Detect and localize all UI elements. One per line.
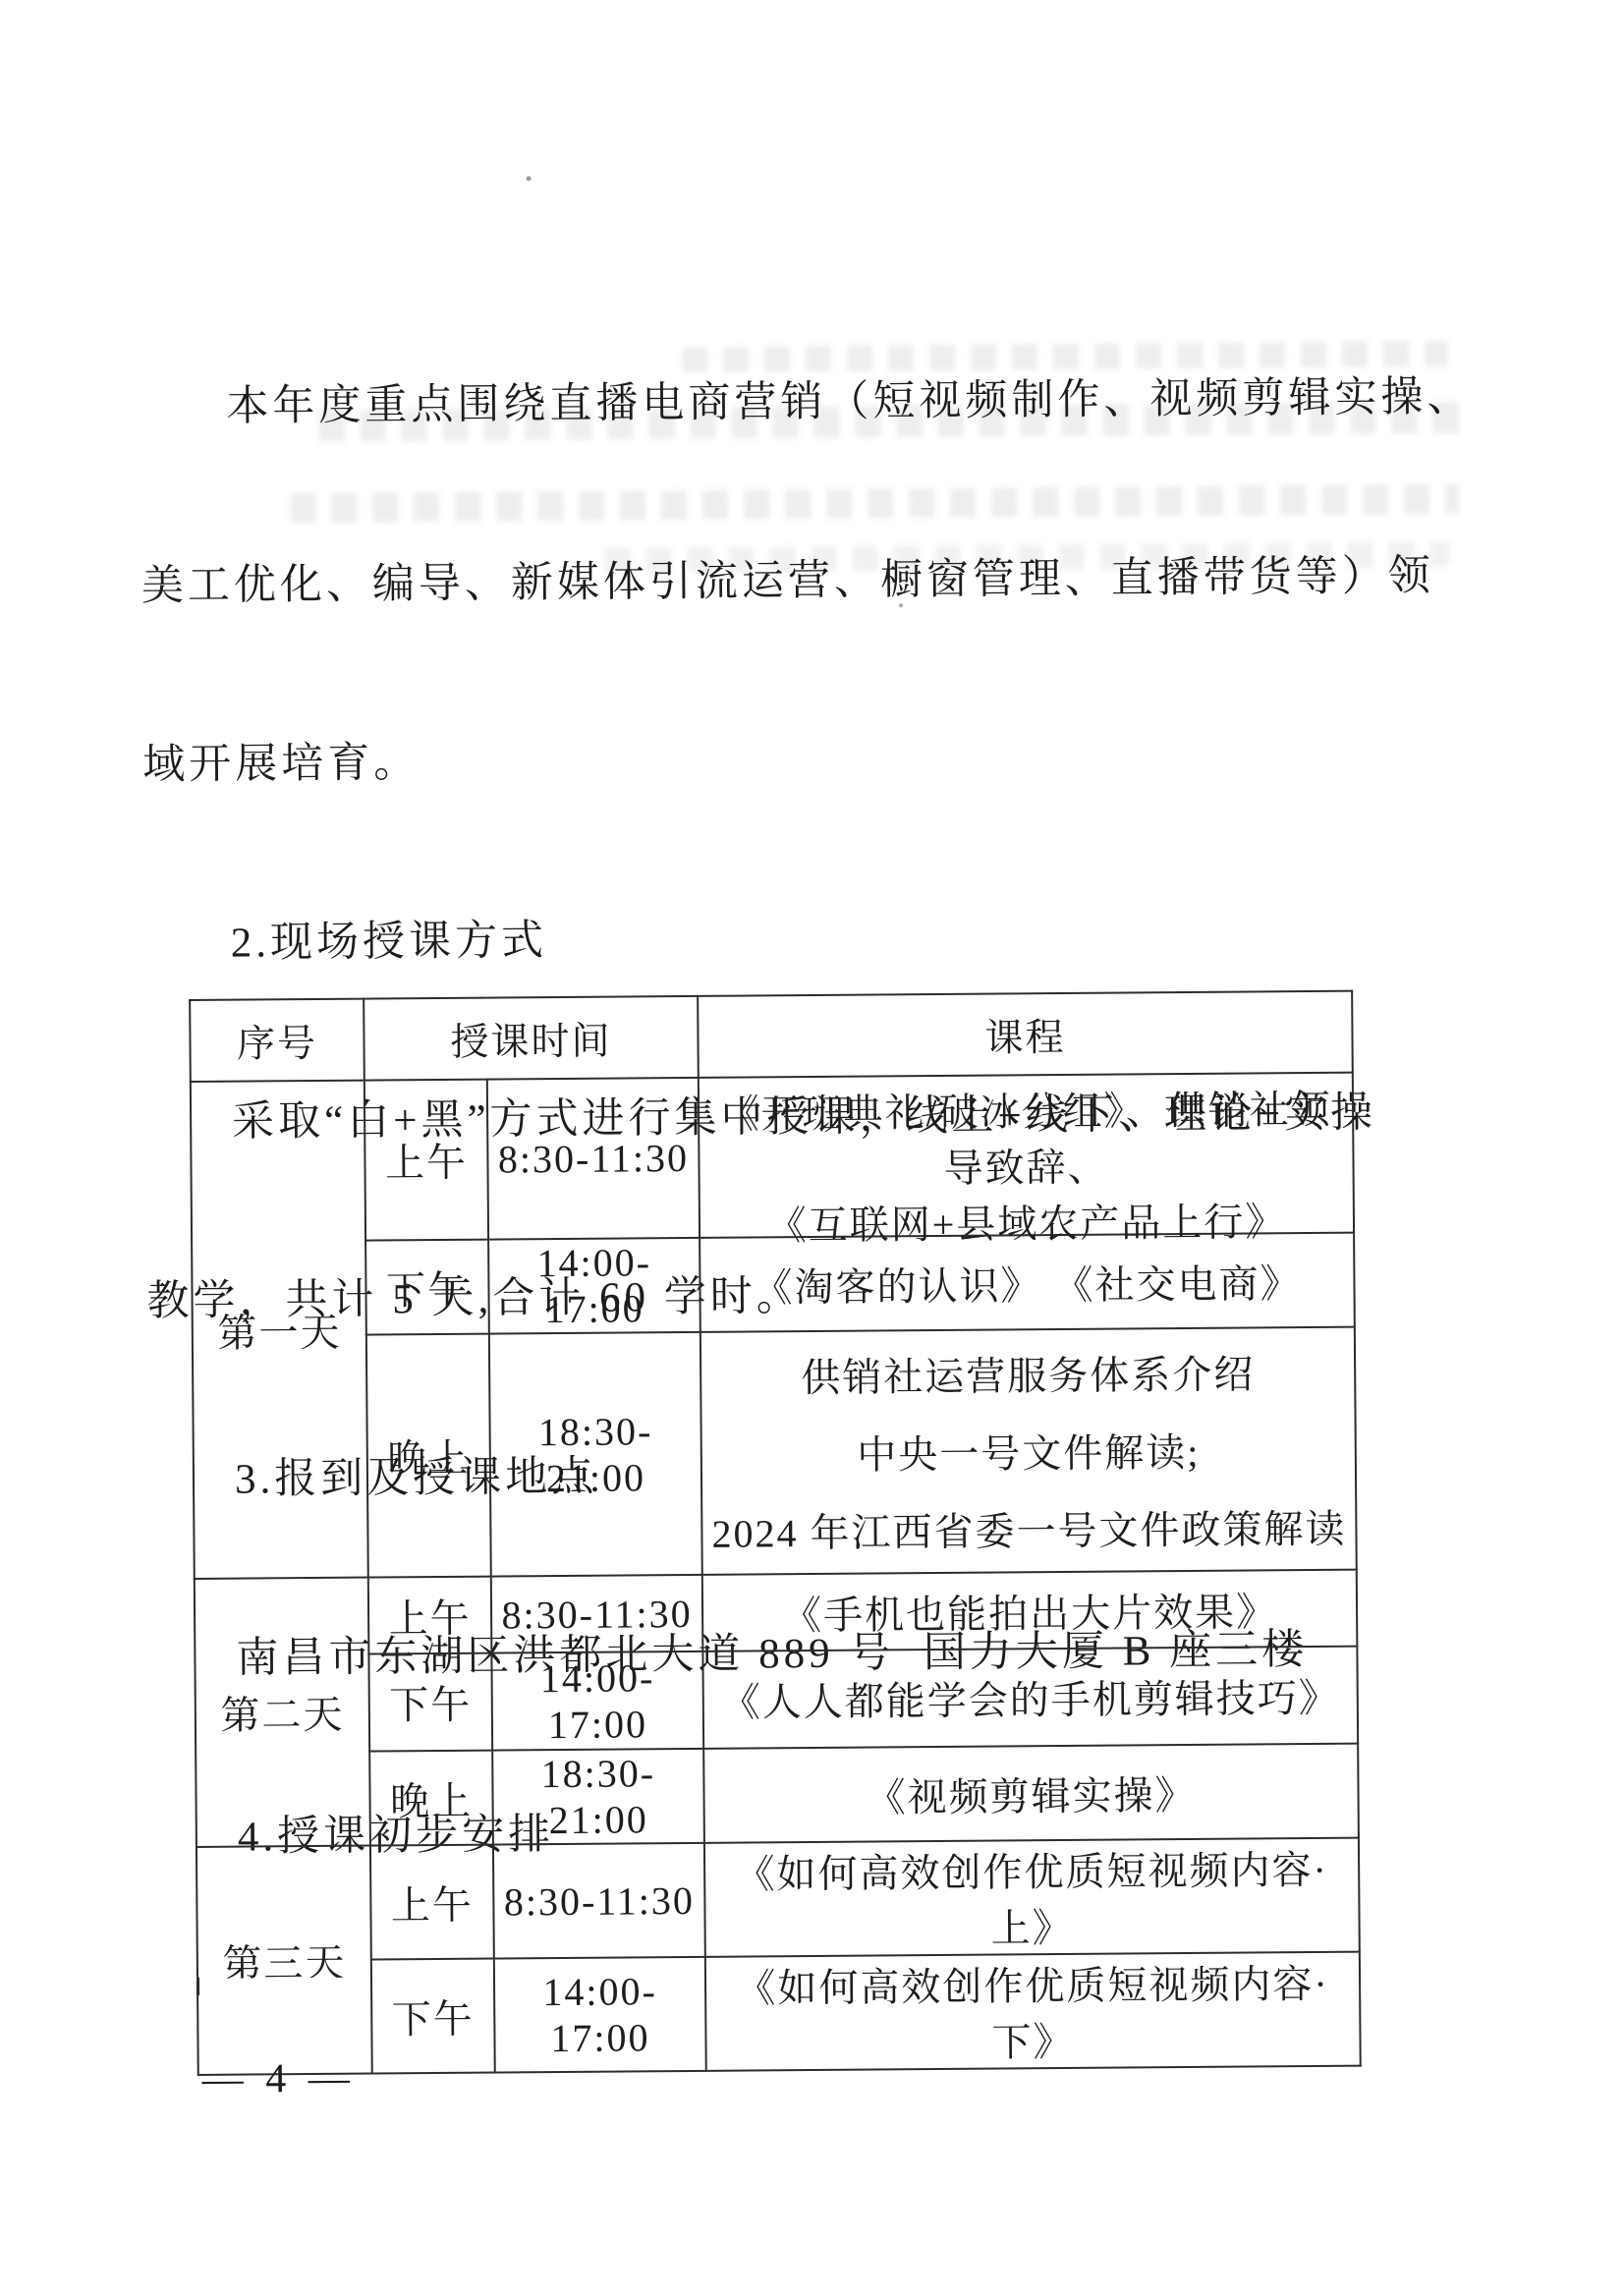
day-label-cell: 第三天 — [196, 1846, 372, 2075]
course-line: 中央一号文件解读; — [857, 1422, 1201, 1481]
schedule-table: 序号 授课时间 课程 第一天 上午 8:30-11:30 《开班典礼/破冰分组》… — [189, 990, 1362, 2076]
period-cell: 晚上 — [366, 1334, 491, 1578]
paragraph-line: 本年度重点围绕直播电商营销（短视频制作、视频剪辑实操、 — [140, 357, 1496, 450]
period-cell: 晚上 — [369, 1751, 493, 1846]
course-line: 《开班典礼/破冰分组》、供销社领导致辞、 — [700, 1078, 1353, 1195]
day-label-cell: 第一天 — [191, 1081, 368, 1579]
period-cell: 下午 — [365, 1240, 489, 1335]
time-cell: 8:30-11:30 — [493, 1843, 705, 1959]
page-number: — 4 — — [202, 2055, 356, 2103]
course-cell: 《视频剪辑实操》 — [703, 1744, 1359, 1843]
scan-speck — [527, 176, 532, 181]
period-cell: 上午 — [370, 1845, 494, 1960]
course-cell: 《如何高效创作优质短视频内容·下》 — [705, 1952, 1361, 2071]
course-line: 《互联网+县域农产品上行》 — [766, 1191, 1286, 1251]
course-line: 2024 年江西省委一号文件政策解读 — [711, 1497, 1346, 1558]
header-seq: 序号 — [190, 999, 364, 1082]
time-cell: 14:00-17:00 — [488, 1238, 700, 1334]
paragraph-line: 域开展培育。 — [142, 714, 1499, 808]
period-cell: 上午 — [368, 1577, 492, 1654]
period-cell: 下午 — [368, 1653, 492, 1752]
table-left-rule-extension — [196, 1978, 199, 1995]
header-time: 授课时间 — [364, 996, 699, 1081]
course-cell: 《人人都能学会的手机剪辑技巧》 — [702, 1647, 1358, 1749]
course-cell: 供销社运营服务体系介绍 中央一号文件解读; 2024 年江西省委一号文件政策解读 — [700, 1327, 1357, 1575]
time-cell: 14:00-17:00 — [494, 1957, 706, 2073]
course-cell: 《如何高效创作优质短视频内容·上》 — [704, 1838, 1360, 1957]
course-line: 供销社运营服务体系介绍 — [801, 1344, 1255, 1404]
scan-cutoff-patch — [200, 1978, 367, 1987]
section-heading: 2.现场授课方式 — [143, 892, 1500, 985]
time-cell: 18:30-21:00 — [492, 1749, 704, 1845]
day-label-cell: 第二天 — [195, 1578, 370, 1847]
course-cell: 《开班典礼/破冰分组》、供销社领导致辞、 《互联网+县域农产品上行》 — [699, 1073, 1354, 1238]
document-page: 本年度重点围绕直播电商营销（短视频制作、视频剪辑实操、 美工优化、编导、新媒体引… — [0, 0, 1624, 2295]
period-cell: 上午 — [364, 1080, 488, 1241]
time-cell: 8:30-11:30 — [487, 1078, 700, 1240]
paragraph-line: 美工优化、编导、新媒体引流运营、橱窗管理、直播带货等）领 — [141, 535, 1498, 629]
time-cell: 14:00-17:00 — [491, 1651, 703, 1751]
course-cell: 《手机也能拍出大片效果》 — [702, 1570, 1358, 1651]
period-cell: 下午 — [371, 1959, 495, 2074]
header-course: 课程 — [698, 991, 1353, 1078]
time-cell: 18:30-21:00 — [489, 1332, 702, 1577]
time-cell: 8:30-11:30 — [491, 1575, 703, 1653]
